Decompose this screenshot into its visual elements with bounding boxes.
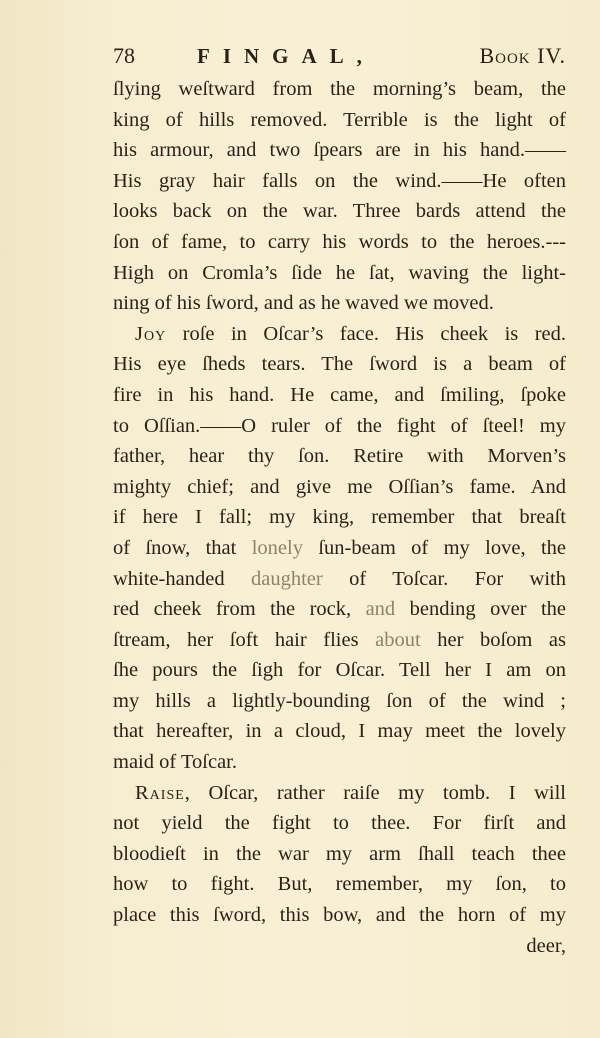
text-line: white-handed daughter of Toſcar. For wit…	[113, 564, 566, 595]
text-line: that hereafter, in a cloud, I may meet t…	[113, 716, 566, 747]
text-line: Raise, Oſcar, rather raiſe my tomb. I wi…	[113, 778, 566, 809]
page-number: 78	[113, 38, 135, 74]
text-line: His gray hair falls on the wind.——He oft…	[113, 166, 566, 197]
text-line: looks back on the war. Three bards atten…	[113, 196, 566, 227]
text-line: Joy roſe in Oſcar’s face. His cheek is r…	[113, 319, 566, 350]
text-line: mighty chief; and give me Oſſian’s fame.…	[113, 472, 566, 503]
text-line: fire in his hand. He came, and ſmiling, …	[113, 380, 566, 411]
text-line: ning of his ſword, and as he waved we mo…	[113, 288, 566, 319]
text-line: ſhe pours the ſigh for Oſcar. Tell her I…	[113, 655, 566, 686]
text-line: how to fight. But, remember, my ſon, to	[113, 869, 566, 900]
book-page: 78 FINGAL, Book IV. ſlying weſtward from…	[113, 38, 566, 961]
text-line: his armour, and two ſpears are in his ha…	[113, 135, 566, 166]
faded-text: daughter	[251, 568, 323, 590]
catchword: deer,	[113, 931, 566, 962]
text-line: if here I fall; my king, remember that b…	[113, 502, 566, 533]
text-line: High on Cromla’s ſide he ſat, waving the…	[113, 258, 566, 289]
text-line: of ſnow, that lonely ſun-beam of my love…	[113, 533, 566, 564]
small-caps-lead: Raise	[135, 782, 185, 804]
faded-text: about	[375, 629, 421, 651]
text-line: ſon of fame, to carry his words to the h…	[113, 227, 566, 258]
text-line: to Oſſian.——O ruler of the fight of ſtee…	[113, 411, 566, 442]
running-title: FINGAL,	[197, 38, 375, 74]
paragraph-3: Raise, Oſcar, rather raiſe my tomb. I wi…	[113, 778, 566, 962]
text-line: place this ſword, this bow, and the horn…	[113, 900, 566, 931]
text-line: bloodieſt in the war my arm ſhall teach …	[113, 839, 566, 870]
faded-text: lonely	[252, 537, 303, 559]
text-line: His eye ſheds tears. The ſword is a beam…	[113, 349, 566, 380]
running-header: 78 FINGAL, Book IV.	[113, 38, 566, 74]
faded-text: and	[366, 598, 396, 620]
text-line: maid of Toſcar.	[113, 747, 566, 778]
text-line: my hills a lightly-bounding ſon of the w…	[113, 686, 566, 717]
paragraph-1: ſlying weſtward from the morning’s beam,…	[113, 74, 566, 319]
text-line: king of hills removed. Terrible is the l…	[113, 105, 566, 136]
body-text: ſlying weſtward from the morning’s beam,…	[113, 74, 566, 961]
text-line: red cheek from the rock, and bending ove…	[113, 594, 566, 625]
paragraph-2: Joy roſe in Oſcar’s face. His cheek is r…	[113, 319, 566, 778]
text-line: father, hear thy ſon. Retire with Morven…	[113, 441, 566, 472]
text-line: not yield the fight to thee. For firſt a…	[113, 808, 566, 839]
text-line: ſlying weſtward from the morning’s beam,…	[113, 74, 566, 105]
small-caps-lead: Joy	[135, 323, 166, 345]
book-label: Book IV.	[479, 38, 566, 74]
text-line: ſtream, her ſoft hair flies about her bo…	[113, 625, 566, 656]
